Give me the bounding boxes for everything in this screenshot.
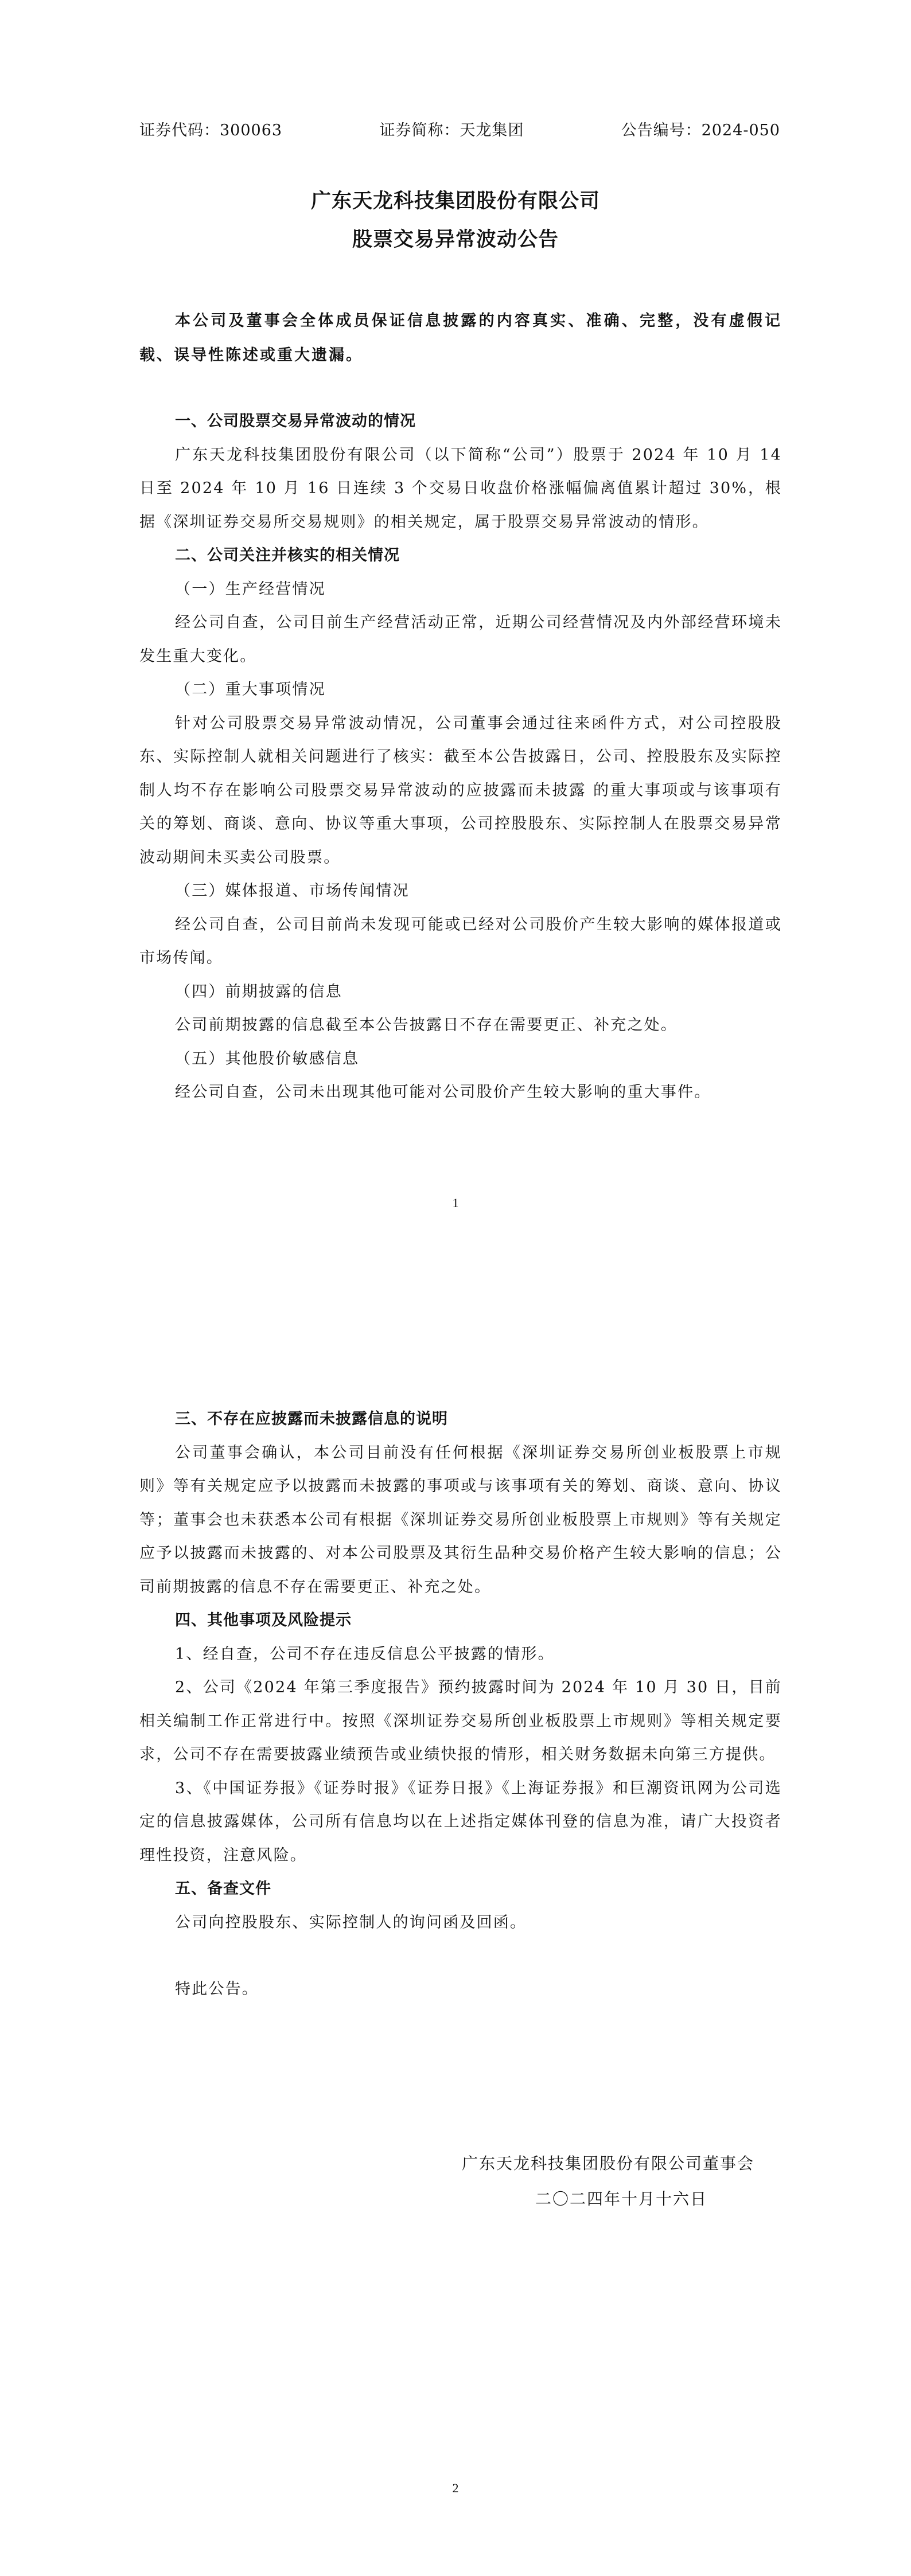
page-number-2: 2 [0,2481,911,2496]
page1-body: 一、公司股票交易异常波动的情况 广东天龙科技集团股份有限公司（以下简称“公司”）… [139,405,782,1110]
subsection-1-heading: （一）生产经营情况 [139,573,782,607]
subsection-2-heading: （二）重大事项情况 [139,673,782,707]
closing-statement: 特此公告。 [139,1973,782,2007]
page-number-1: 1 [0,1196,911,1211]
spacer [139,1939,782,1973]
stock-code: 证券代码：300063 [139,118,282,140]
subsection-3-paragraph: 经公司自查，公司目前尚未发现可能或已经对公司股价产生较大影响的媒体报道或市场传闻… [139,908,782,975]
section-5-heading: 五、备查文件 [139,1872,782,1906]
statement-text: 本公司及董事会全体成员保证信息披露的内容真实、准确、完整，没有虚假记载、误导性陈… [139,304,782,373]
section-1-paragraph: 广东天龙科技集团股份有限公司（以下简称“公司”）股票于 2024 年 10 月 … [139,439,782,540]
section-1-heading: 一、公司股票交易异常波动的情况 [139,405,782,439]
subsection-5-paragraph: 经公司自查，公司未出现其他可能对公司股价产生较大影响的重大事件。 [139,1076,782,1110]
subsection-3-heading: （三）媒体报道、市场传闻情况 [139,875,782,908]
subsection-2-paragraph: 针对公司股票交易异常波动情况，公司董事会通过往来函件方式，对公司控股股东、实际控… [139,707,782,875]
subsection-1-paragraph: 经公司自查，公司目前生产经营活动正常，近期公司经营情况及内外部经营环境未发生重大… [139,606,782,673]
section-5-paragraph: 公司向控股股东、实际控制人的询问函及回函。 [139,1906,782,1940]
page2-body: 三、不存在应披露而未披露信息的说明 公司董事会确认，本公司目前没有任何根据《深圳… [139,1403,782,2007]
board-statement: 本公司及董事会全体成员保证信息披露的内容真实、准确、完整，没有虚假记载、误导性陈… [139,304,782,373]
document-page-1: 证券代码：300063 证券简称：天龙集团 公告编号：2024-050 广东天龙… [0,0,911,1288]
section-2-heading: 二、公司关注并核实的相关情况 [139,539,782,573]
signature-organization: 广东天龙科技集团股份有限公司董事会 [462,2151,754,2174]
announcement-number: 公告编号：2024-050 [621,118,780,140]
risk-item-2: 2、公司《2024 年第三季度报告》预约披露时间为 2024 年 10 月 30… [139,1671,782,1772]
section-3-paragraph: 公司董事会确认，本公司目前没有任何根据《深圳证券交易所创业板股票上市规则》等有关… [139,1437,782,1605]
subsection-4-paragraph: 公司前期披露的信息截至本公告披露日不存在需要更正、补充之处。 [139,1009,782,1043]
subsection-4-heading: （四）前期披露的信息 [139,975,782,1009]
section-4-heading: 四、其他事项及风险提示 [139,1604,782,1638]
signature-date: 二〇二四年十月十六日 [535,2187,707,2210]
document-page-2: 三、不存在应披露而未披露信息的说明 公司董事会确认，本公司目前没有任何根据《深圳… [0,1288,911,2576]
section-3-heading: 三、不存在应披露而未披露信息的说明 [139,1403,782,1437]
risk-item-3: 3、《中国证券报》《证券时报》《证券日报》《上海证券报》和巨潮资讯网为公司选定的… [139,1772,782,1873]
stock-abbreviation: 证券简称：天龙集团 [379,118,524,140]
subsection-5-heading: （五）其他股价敏感信息 [139,1043,782,1076]
company-title: 广东天龙科技集团股份有限公司 [0,185,911,214]
announcement-meta-row: 证券代码：300063 证券简称：天龙集团 公告编号：2024-050 [139,118,780,140]
announcement-title: 股票交易异常波动公告 [0,224,911,252]
risk-item-1: 1、经自查，公司不存在违反信息公平披露的情形。 [139,1638,782,1672]
